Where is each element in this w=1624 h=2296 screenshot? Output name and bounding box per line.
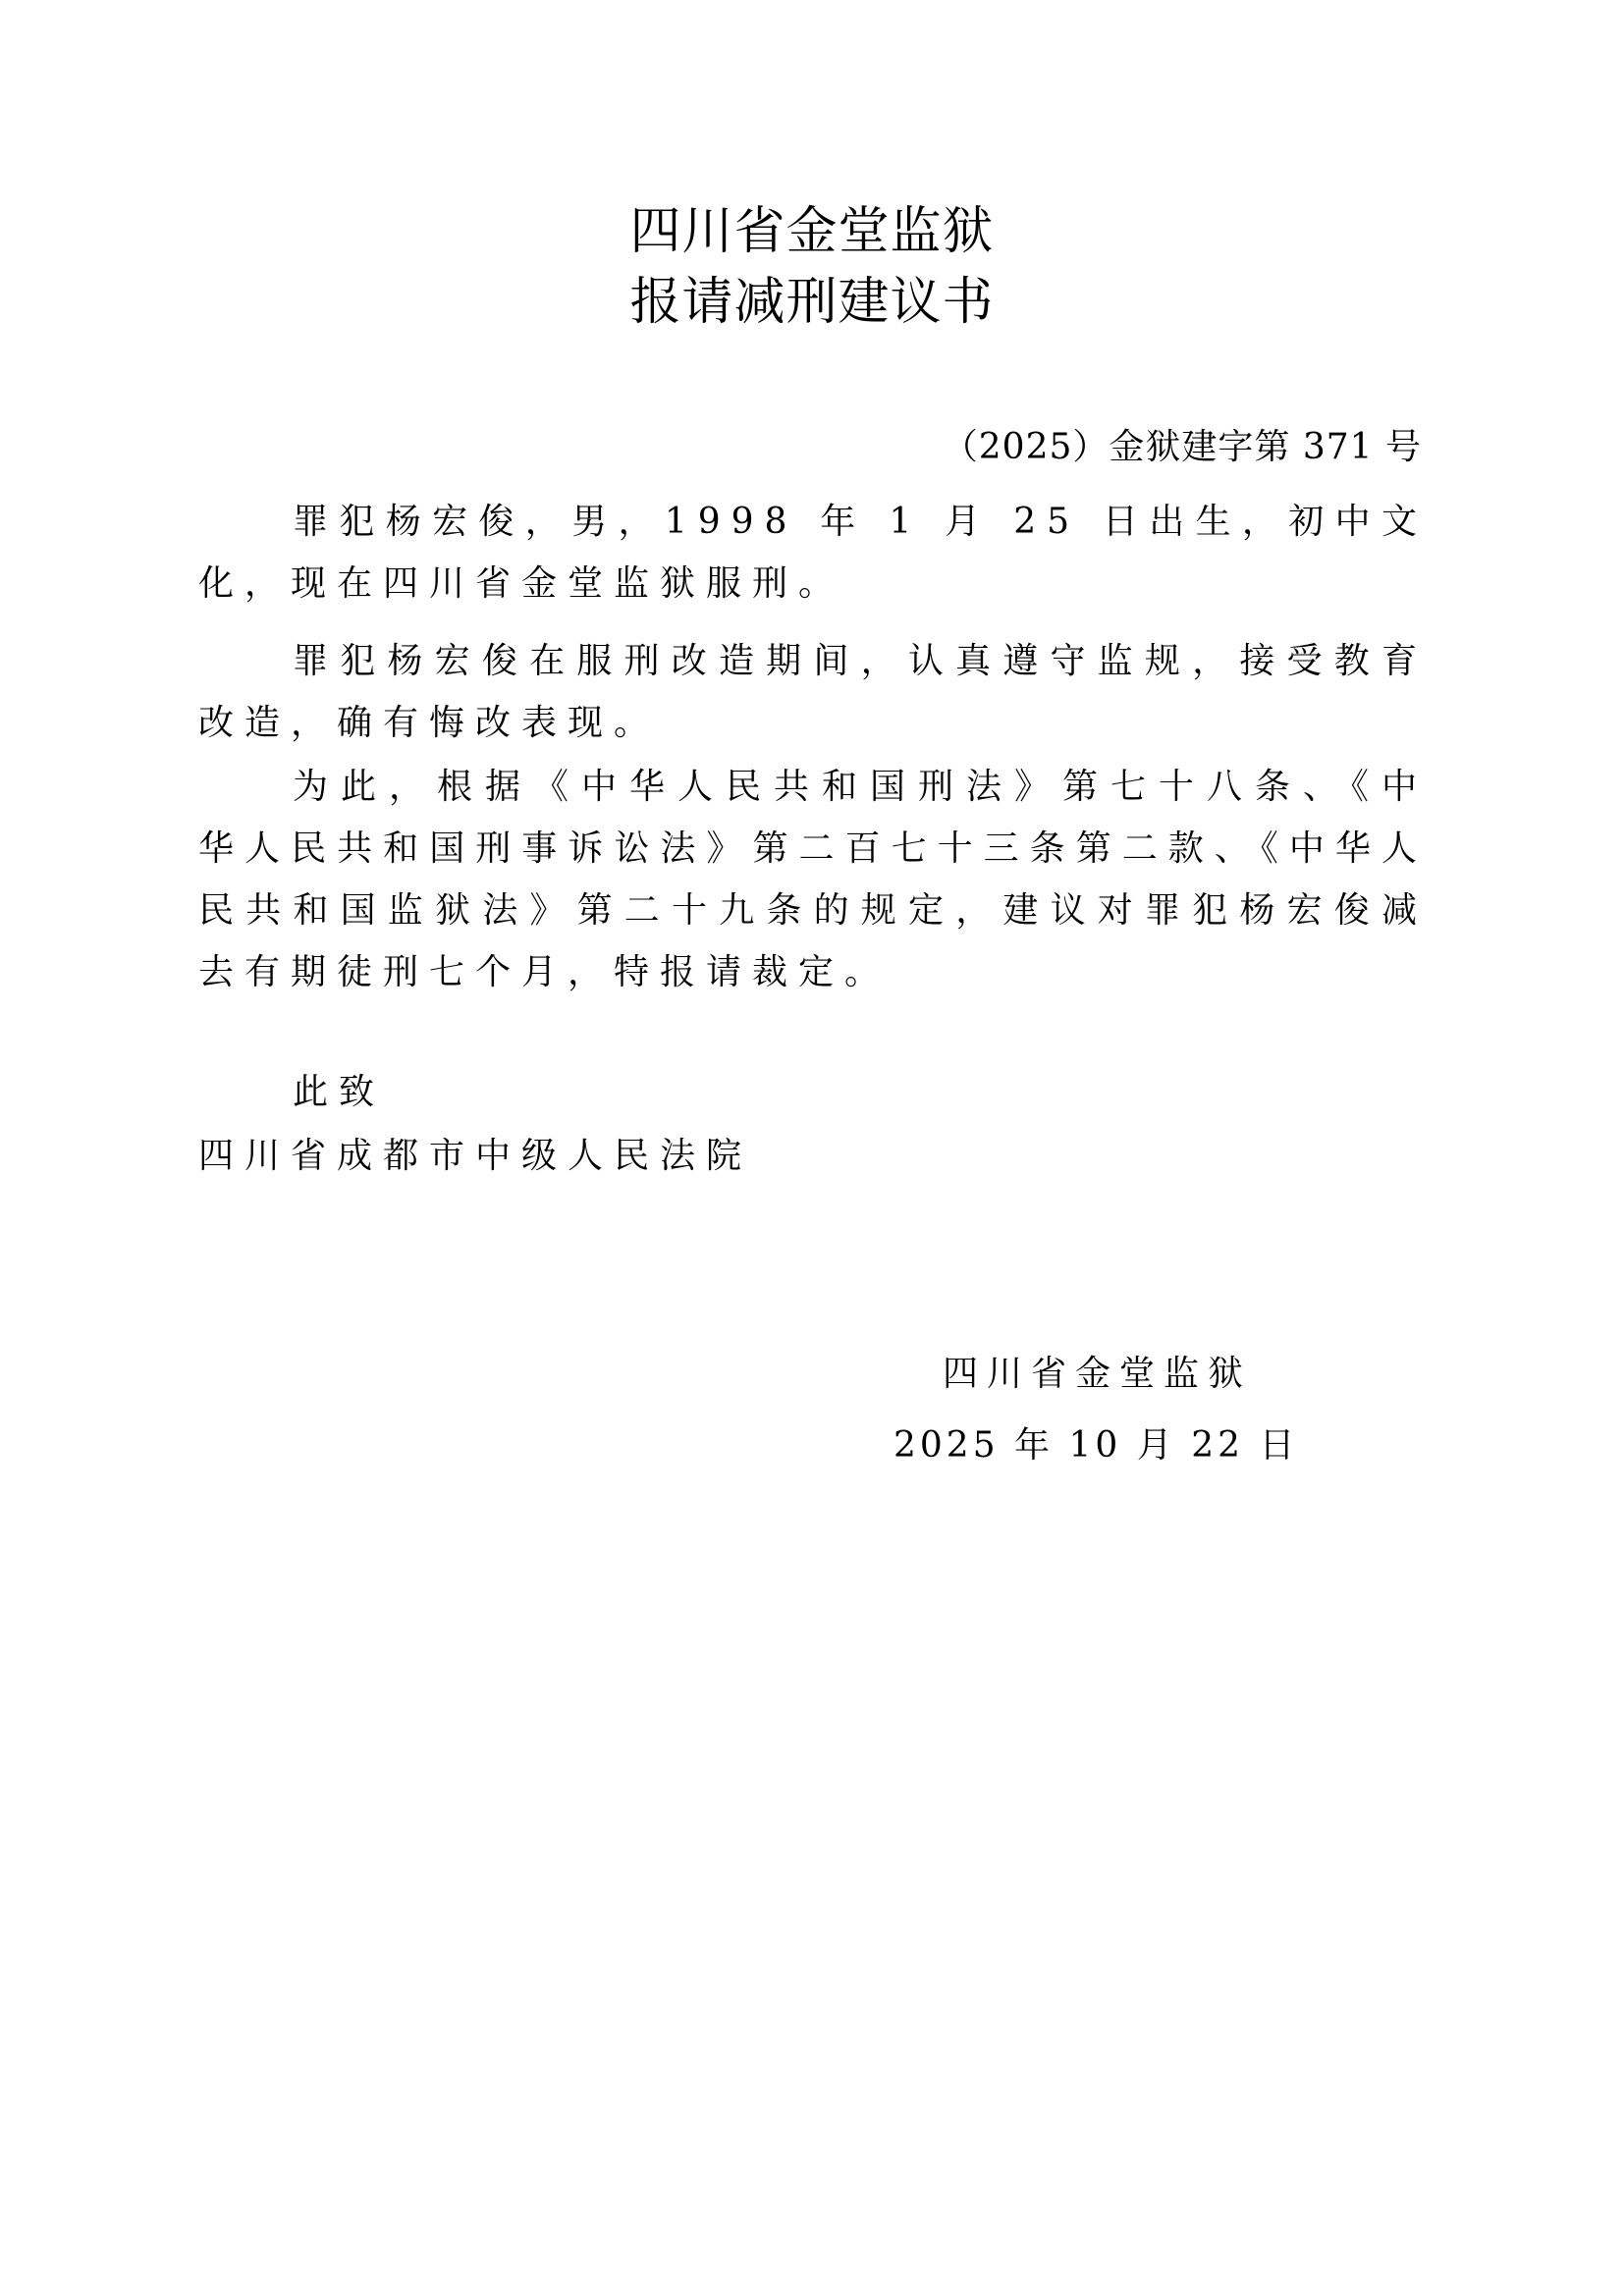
paragraph-behavior: 罪犯杨宏俊在服刑改造期间，认真遵守监规，接受教育改造，确有悔改表现。 [198, 630, 1428, 754]
paragraph-inmate-info: 罪犯杨宏俊，男，1998 年 1 月 25 日出生，初中文化，现在四川省金堂监狱… [198, 491, 1428, 614]
paragraph-text: 罪犯杨宏俊在服刑改造期间，认真遵守监规，接受教育改造，确有悔改表现。 [198, 630, 1428, 754]
salutation: 此致 [293, 1065, 385, 1120]
paragraph-text: 罪犯杨宏俊，男，1998 年 1 月 25 日出生，初中文化，现在四川省金堂监狱… [198, 491, 1428, 614]
paragraph-text: 为此，根据《中华人民共和国刑法》第七十八条、《中华人民共和国刑事诉讼法》第二百七… [198, 756, 1428, 1003]
signature-organization: 四川省金堂监狱 [943, 1347, 1252, 1402]
document-title-line2: 报请减刑建议书 [0, 267, 1624, 338]
signature-date: 2025 年 10 月 22 日 [893, 1418, 1298, 1473]
document-number: （2025）金狱建字第 371 号 [943, 420, 1422, 475]
document-page: 四川省金堂监狱 报请减刑建议书 （2025）金狱建字第 371 号 罪犯杨宏俊，… [0, 0, 1624, 2296]
recipient-court: 四川省成都市中级人民法院 [198, 1129, 752, 1184]
document-title-line1: 四川省金堂监狱 [0, 196, 1624, 267]
paragraph-recommendation: 为此，根据《中华人民共和国刑法》第七十八条、《中华人民共和国刑事诉讼法》第二百七… [198, 756, 1428, 1003]
